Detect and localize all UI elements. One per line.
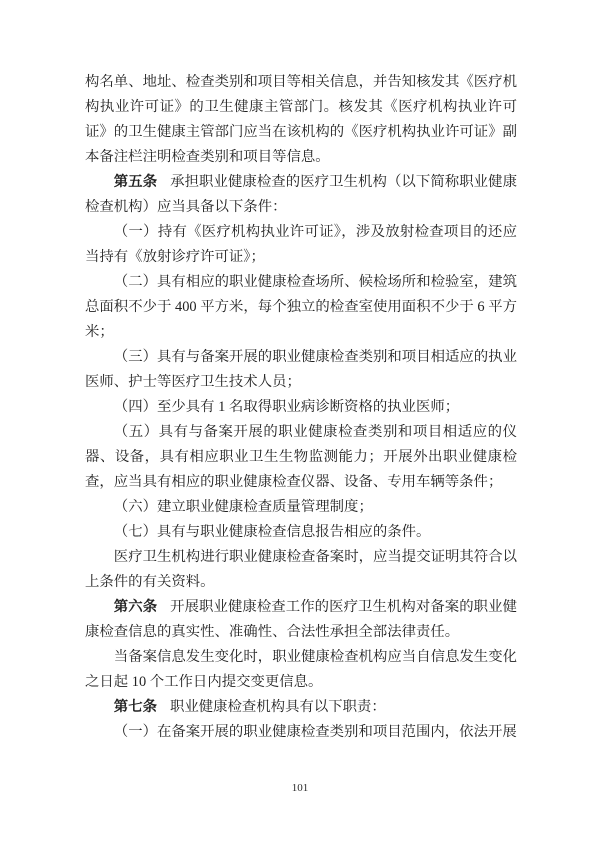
paragraph: （一）在备案开展的职业健康检查类别和项目范围内，依法开展 (85, 720, 517, 745)
paragraph: 医疗卫生机构进行职业健康检查备案时，应当提交证明其符合以上条件的有关资料。 (85, 545, 517, 595)
paragraph: （二）具有相应的职业健康检查场所、候检场所和检验室，建筑总面积不少于 400 平… (85, 270, 517, 345)
document-body: 构名单、地址、检查类别和项目等相关信息，并告知核发其《医疗机构执业许可证》的卫生… (85, 70, 517, 745)
paragraph: 第五条承担职业健康检查的医疗卫生机构（以下简称职业健康检查机构）应当具备以下条件… (85, 170, 517, 220)
paragraph: （五）具有与备案开展的职业健康检查类别和项目相适应的仪器、设备，具有相应职业卫生… (85, 420, 517, 495)
document-page: 构名单、地址、检查类别和项目等相关信息，并告知核发其《医疗机构执业许可证》的卫生… (0, 0, 600, 848)
paragraph: （三）具有与备案开展的职业健康检查类别和项目相适应的执业医师、护士等医疗卫生技术… (85, 345, 517, 395)
paragraph: （一）持有《医疗机构执业许可证》，涉及放射检查项目的还应当持有《放射诊疗许可证》… (85, 220, 517, 270)
paragraph: 第七条职业健康检查机构具有以下职责： (85, 695, 517, 720)
paragraph: （六）建立职业健康检查质量管理制度； (85, 495, 517, 520)
article-number: 第七条 (114, 699, 157, 715)
paragraph: 第六条开展职业健康检查工作的医疗卫生机构对备案的职业健康检查信息的真实性、准确性… (85, 595, 517, 645)
article-number: 第六条 (114, 599, 157, 615)
paragraph: 当备案信息发生变化时，职业健康检查机构应当自信息发生变化之日起 10 个工作日内… (85, 645, 517, 695)
paragraph: （四）至少具有 1 名取得职业病诊断资格的执业医师； (85, 395, 517, 420)
paragraph: 构名单、地址、检查类别和项目等相关信息，并告知核发其《医疗机构执业许可证》的卫生… (85, 70, 517, 170)
page-number: 101 (0, 782, 600, 794)
article-number: 第五条 (114, 174, 157, 190)
paragraph: （七）具有与职业健康检查信息报告相应的条件。 (85, 520, 517, 545)
